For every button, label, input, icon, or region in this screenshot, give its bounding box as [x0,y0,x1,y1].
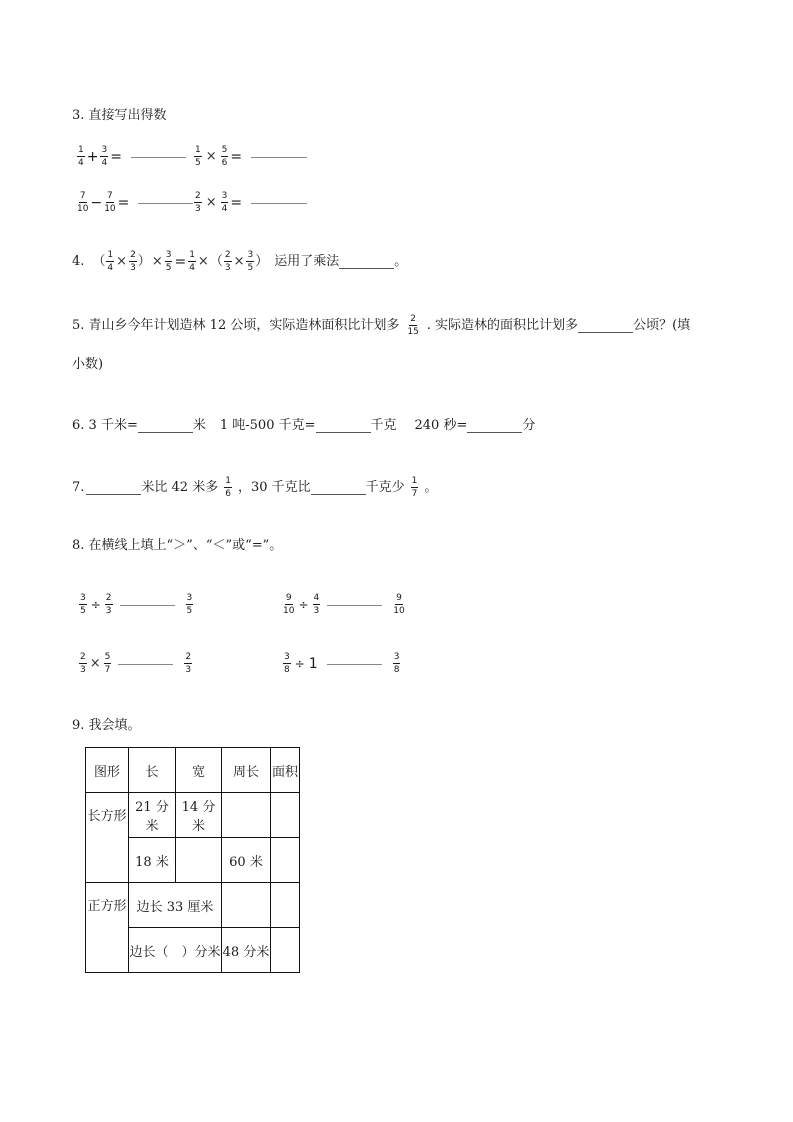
table-cell: 18 米 [129,838,176,883]
fraction: 38 [283,652,291,675]
equals-operator: = [118,195,130,211]
answer-blank[interactable] [138,431,193,433]
q4-text: 运用了乘法 [274,253,339,271]
q5-text: . 实际造林的面积比计划多 [427,317,578,335]
equals-operator: = [230,149,242,165]
answer-blank[interactable] [251,156,307,158]
fraction: 23 [184,652,192,675]
q5-text: 公顷？(填 [633,317,690,335]
answer-cell[interactable] [271,838,300,883]
q6-part-3: 240 秒= [415,417,468,435]
equals-operator: = [174,253,186,271]
rect-label-cell: 长方形 [86,793,129,883]
answer-cell[interactable] [271,883,300,928]
answer-blank[interactable] [339,267,394,269]
table-cell: 边长 33 厘米 [129,883,222,928]
q5-line-1: 5. 青山乡今年计划造林 12 公顷，实际造林面积比计划多 215 . 实际造林… [72,314,690,337]
plus-operator: + [87,149,99,165]
q3-item-1: 14 + 34 = [76,145,186,168]
equals-operator: = [230,195,242,211]
q7-text: ，30 千克比 [238,479,311,497]
left-paren: （ [92,253,105,271]
table-cell[interactable]: 边长（ ）分米 [129,928,222,973]
fraction: 35 [79,593,87,616]
equals-operator: = [110,149,122,165]
table-cell: 60 米 [222,838,271,883]
minus-operator: − [90,195,102,211]
fraction: 14 [188,250,196,273]
fraction: 910 [393,593,404,616]
times-operator: × [234,253,245,271]
q6: 6. 3 千米= 米 1 吨-500 千克= 千克 240 秒= 分 [72,417,535,435]
q8-item-2: 910 ÷ 43 910 [282,593,406,616]
q5-text: 5. 青山乡今年计划造林 12 公顷，实际造林面积比计划多 [72,317,399,335]
q3-item-4: 23 × 34 = [193,191,307,214]
header-cell: 图形 [86,748,129,793]
header-cell: 长 [129,748,176,793]
fraction: 38 [393,652,401,675]
fraction: 910 [283,593,294,616]
fraction: 35 [246,250,254,273]
header-cell: 面积 [271,748,300,793]
divide-operator: ÷ [295,657,305,671]
q8-item-1: 35 ÷ 23 35 [78,593,194,616]
answer-cell[interactable] [176,838,222,883]
answer-blank[interactable] [316,431,371,433]
right-paren: ） [138,253,151,271]
fraction: 710 [104,191,115,214]
times-operator: × [116,253,127,271]
answer-blank[interactable] [467,431,522,433]
answer-blank[interactable] [86,493,141,495]
fraction: 35 [165,250,173,273]
q8-title: 8. 在横线上填上“＞”、“＜”或“=”。 [72,537,282,555]
answer-blank[interactable] [131,156,186,158]
answer-blank[interactable] [578,331,633,333]
answer-blank[interactable] [251,202,307,204]
fraction: 15 [194,145,202,168]
square-label-cell: 正方形 [86,883,129,973]
q6-part-2: 1 吨-500 千克= [220,417,316,435]
right-paren: ） [255,253,268,271]
q7-text: 米比 42 米多 [141,479,218,497]
answer-cell[interactable] [271,928,300,973]
fraction: 43 [313,593,321,616]
q6-part-1: 6. 3 千米= [72,417,138,435]
table-cell: 14 分米 [176,793,222,838]
table-cell: 48 分米 [222,928,271,973]
period: 。 [424,479,437,497]
question-number: 7. [72,479,84,497]
header-cell: 周长 [222,748,271,793]
q9-title: 9. 我会填。 [72,717,141,735]
q3-item-2: 15 × 56 = [193,145,307,168]
fraction: 14 [77,145,85,168]
compare-blank[interactable] [118,663,173,665]
times-operator: × [206,195,217,210]
header-cell: 宽 [176,748,222,793]
left-paren: （ [210,253,223,271]
fraction: 23 [194,191,202,214]
compare-blank[interactable] [120,604,175,606]
table-row: 正方形 边长 33 厘米 [86,883,300,928]
q7: 7. 米比 42 米多 16 ，30 千克比 千克少 17 。 [72,476,437,499]
times-operator: × [206,149,217,164]
times-operator: × [198,253,209,271]
question-number: 4. [72,253,84,271]
fraction: 23 [105,593,113,616]
fraction: 34 [100,145,108,168]
unit-label: 米 [193,417,206,435]
fraction: 23 [224,250,232,273]
q4: 4. （ 14 × 23 ） × 35 = 14 × （ 23 × 35 ） 运… [72,250,407,273]
fraction: 57 [104,652,112,675]
q3-item-3: 710 − 710 = [76,191,193,214]
period: 。 [394,253,407,271]
q8-item-3: 23 × 57 23 [78,652,193,675]
answer-cell[interactable] [271,793,300,838]
fraction: 710 [77,191,88,214]
answer-cell[interactable] [222,883,271,928]
q7-text: 千克少 [366,479,405,497]
answer-blank[interactable] [311,493,366,495]
integer-operand: 1 [309,656,318,672]
table-row: 长方形 21 分米 14 分米 [86,793,300,838]
q3-title: 3. 直接写出得数 [72,107,167,125]
fraction: 56 [221,145,229,168]
fraction: 16 [224,476,232,499]
fraction: 14 [106,250,114,273]
compare-blank[interactable] [327,663,382,665]
fraction: 23 [129,250,137,273]
q5-line-2: 小数) [72,356,103,374]
fraction: 34 [221,191,229,214]
answer-blank[interactable] [138,202,193,204]
times-operator: × [152,253,163,271]
divide-operator: ÷ [298,598,308,612]
table-cell: 21 分米 [129,793,176,838]
times-operator: × [90,656,101,671]
fraction: 35 [186,593,194,616]
fraction: 23 [79,652,87,675]
answer-cell[interactable] [222,793,271,838]
shape-table: 图形 长 宽 周长 面积 长方形 21 分米 14 分米 18 米 60 米 正… [85,747,300,973]
divide-operator: ÷ [91,598,101,612]
unit-label: 分 [522,417,535,435]
fraction: 215 [407,314,418,337]
compare-blank[interactable] [327,604,382,606]
table-header-row: 图形 长 宽 周长 面积 [86,748,300,793]
unit-label: 千克 [371,417,397,435]
q8-item-4: 38 ÷ 1 38 [282,652,401,675]
fraction: 17 [411,476,419,499]
